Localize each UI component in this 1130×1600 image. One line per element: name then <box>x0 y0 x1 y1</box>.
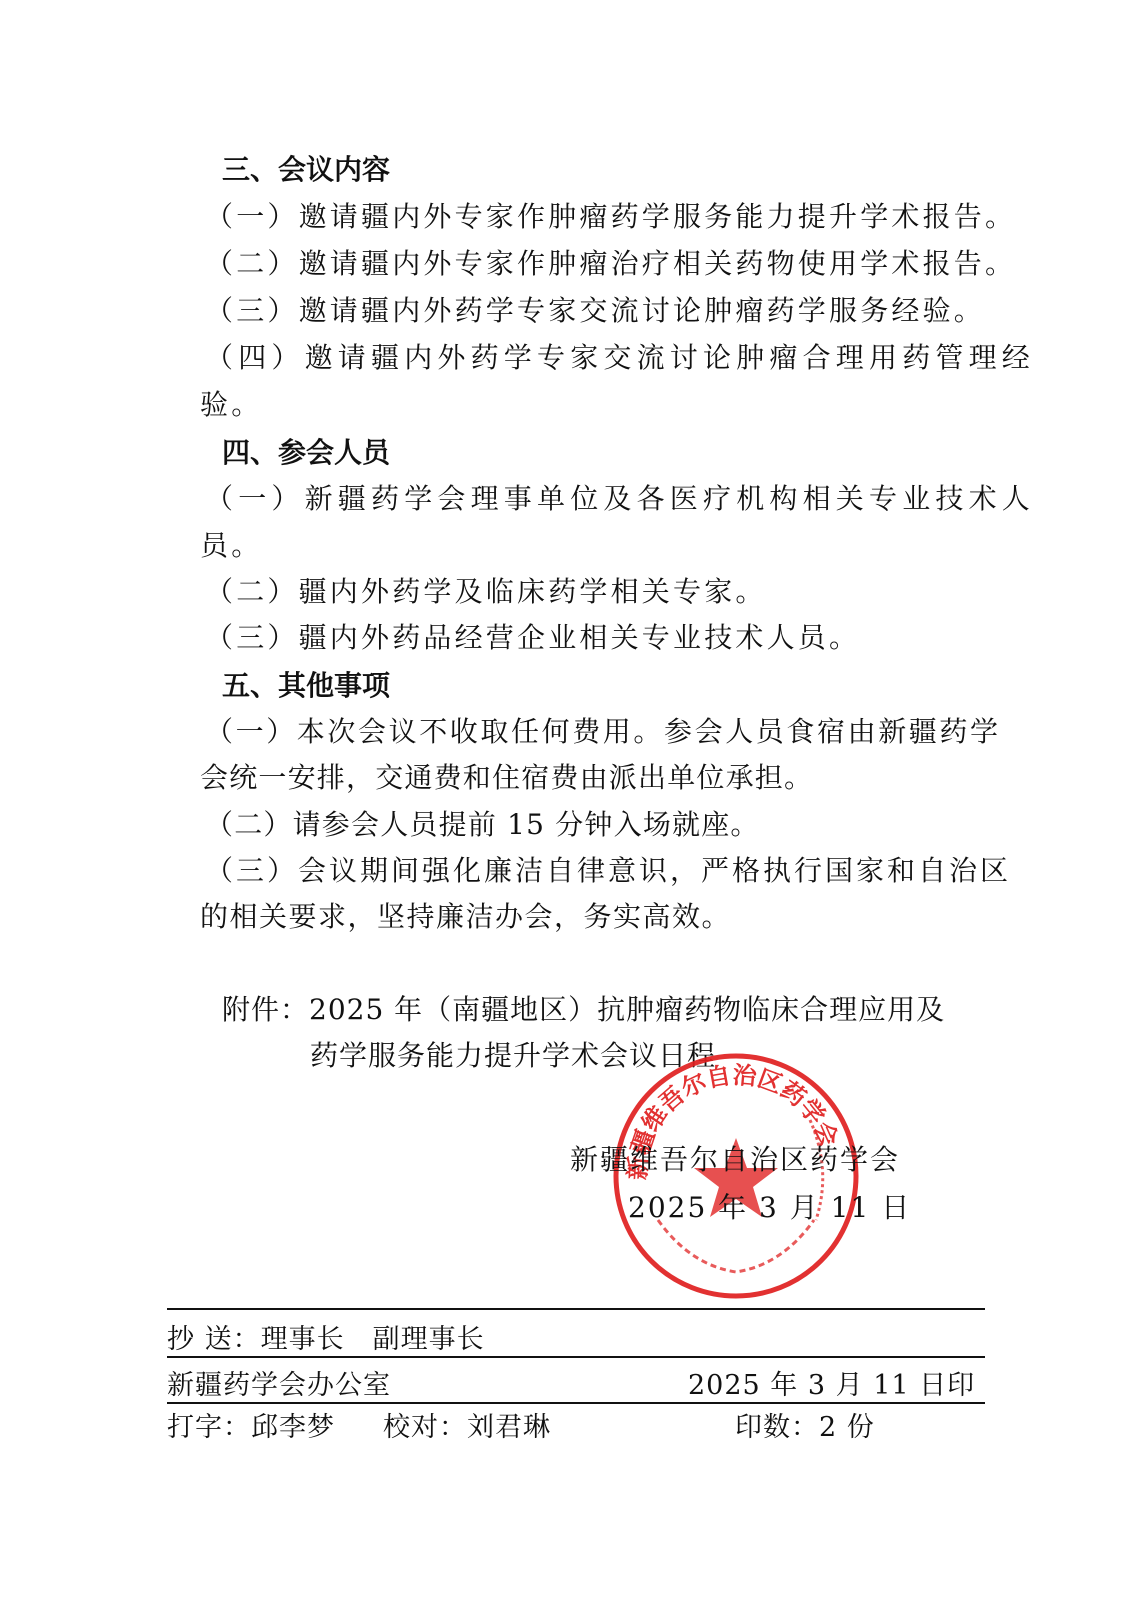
proofreader: 校对：刘君琳 <box>383 1410 551 1446</box>
footer-bottom-rule <box>167 1402 985 1404</box>
footer-top-rule <box>167 1308 985 1310</box>
list-item-continuation: 的相关要求，坚持廉洁办会，务实高效。 <box>200 897 731 937</box>
attachment-line-1: 附件：2025 年（南疆地区）抗肿瘤药物临床合理应用及 <box>222 990 945 1030</box>
print-date: 2025 年 3 月 11 日印 <box>688 1368 975 1404</box>
print-copies: 印数：2 份 <box>735 1410 875 1446</box>
list-item: （三）邀请疆内外药学专家交流讨论肿瘤药学服务经验。 <box>205 291 985 331</box>
list-item: （一）邀请疆内外专家作肿瘤药学服务能力提升学术报告。 <box>205 197 1016 237</box>
list-item: （二）请参会人员提前 15 分钟入场就座。 <box>205 805 760 845</box>
issuing-office: 新疆药学会办公室 <box>167 1368 391 1404</box>
list-item: （三）疆内外药品经营企业相关专业技术人员。 <box>205 618 860 658</box>
section-title-attendees: 四、参会人员 <box>222 433 390 473</box>
issue-date: 2025 年 3 月 11 日 <box>628 1188 911 1228</box>
list-item-continuation: 验。 <box>200 385 262 425</box>
list-item: （二）疆内外药学及临床药学相关专家。 <box>205 572 767 612</box>
list-item-continuation: 会统一安排，交通费和住宿费由派出单位承担。 <box>200 758 813 798</box>
footer-middle-rule <box>167 1356 985 1358</box>
list-item: （二）邀请疆内外专家作肿瘤治疗相关药物使用学术报告。 <box>205 244 1016 284</box>
list-item: （四）邀请疆内外药学专家交流讨论肿瘤合理用药管理经 <box>205 338 1035 378</box>
list-item: （一）本次会议不收取任何费用。参会人员食宿由新疆药学 <box>205 712 1001 752</box>
issuing-organization: 新疆维吾尔自治区药学会 <box>570 1140 900 1180</box>
section-title-other-matters: 五、其他事项 <box>222 666 390 706</box>
cc-recipients: 抄 送：理事长 副理事长 <box>167 1322 485 1358</box>
section-title-meeting-content: 三、会议内容 <box>222 150 390 190</box>
typist: 打字：邱李梦 <box>167 1410 335 1446</box>
list-item: （三）会议期间强化廉洁自律意识，严格执行国家和自治区 <box>205 851 1011 891</box>
list-item-continuation: 员。 <box>200 526 262 566</box>
list-item: （一）新疆药学会理事单位及各医疗机构相关专业技术人 <box>205 479 1035 519</box>
